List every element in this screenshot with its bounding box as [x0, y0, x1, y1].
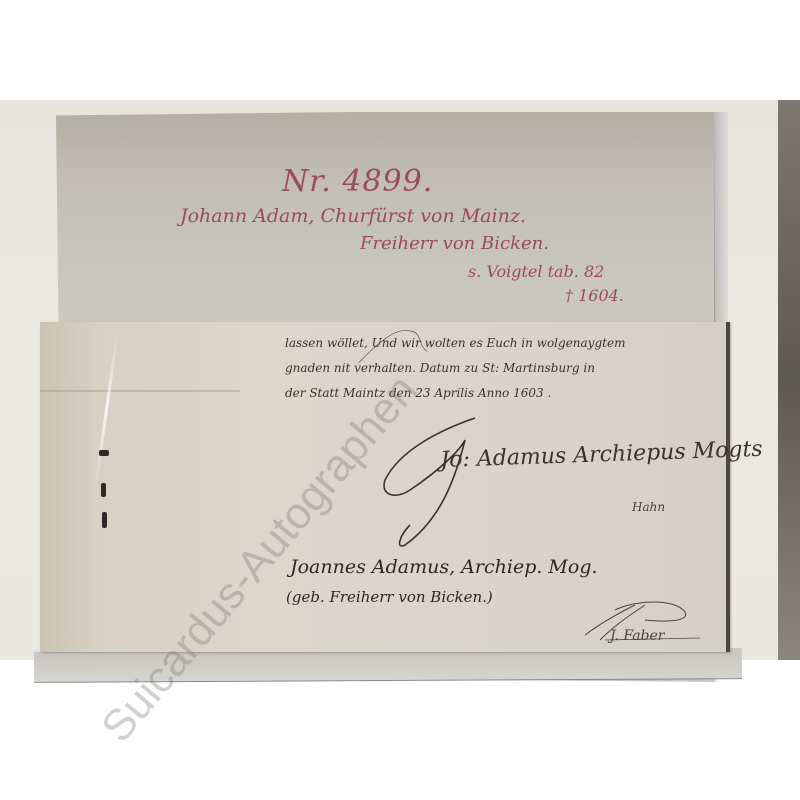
secretary-mark: Hahn	[632, 500, 665, 514]
binding-hole-icon	[102, 512, 107, 528]
fold-line	[40, 390, 240, 392]
archive-name: Johann Adam, Churfürst von Mainz.	[180, 205, 526, 227]
document-photo: Nr. 4899. Johann Adam, Churfürst von Mai…	[0, 0, 800, 800]
transcription-name: Joannes Adamus, Archiep. Mog.	[290, 556, 598, 578]
archive-number: Nr. 4899.	[282, 164, 433, 199]
archive-reference: s. Voigtel tab. 82	[468, 262, 604, 281]
letter-line: gnaden nit verhalten. Datum zu St: Marti…	[285, 361, 595, 375]
transcription-birth-name: (geb. Freiherr von Bicken.)	[286, 588, 493, 606]
binding-hole-icon	[99, 450, 109, 456]
archive-death-year: † 1604.	[565, 286, 624, 305]
countersignature: J. Faber	[610, 628, 664, 644]
letter-line: lassen wöllet, Und wir wolten es Euch in…	[285, 336, 625, 350]
binding-hole-icon	[101, 483, 106, 497]
archive-title: Freiherr von Bicken.	[360, 233, 549, 254]
mount-board-edge	[778, 100, 800, 660]
